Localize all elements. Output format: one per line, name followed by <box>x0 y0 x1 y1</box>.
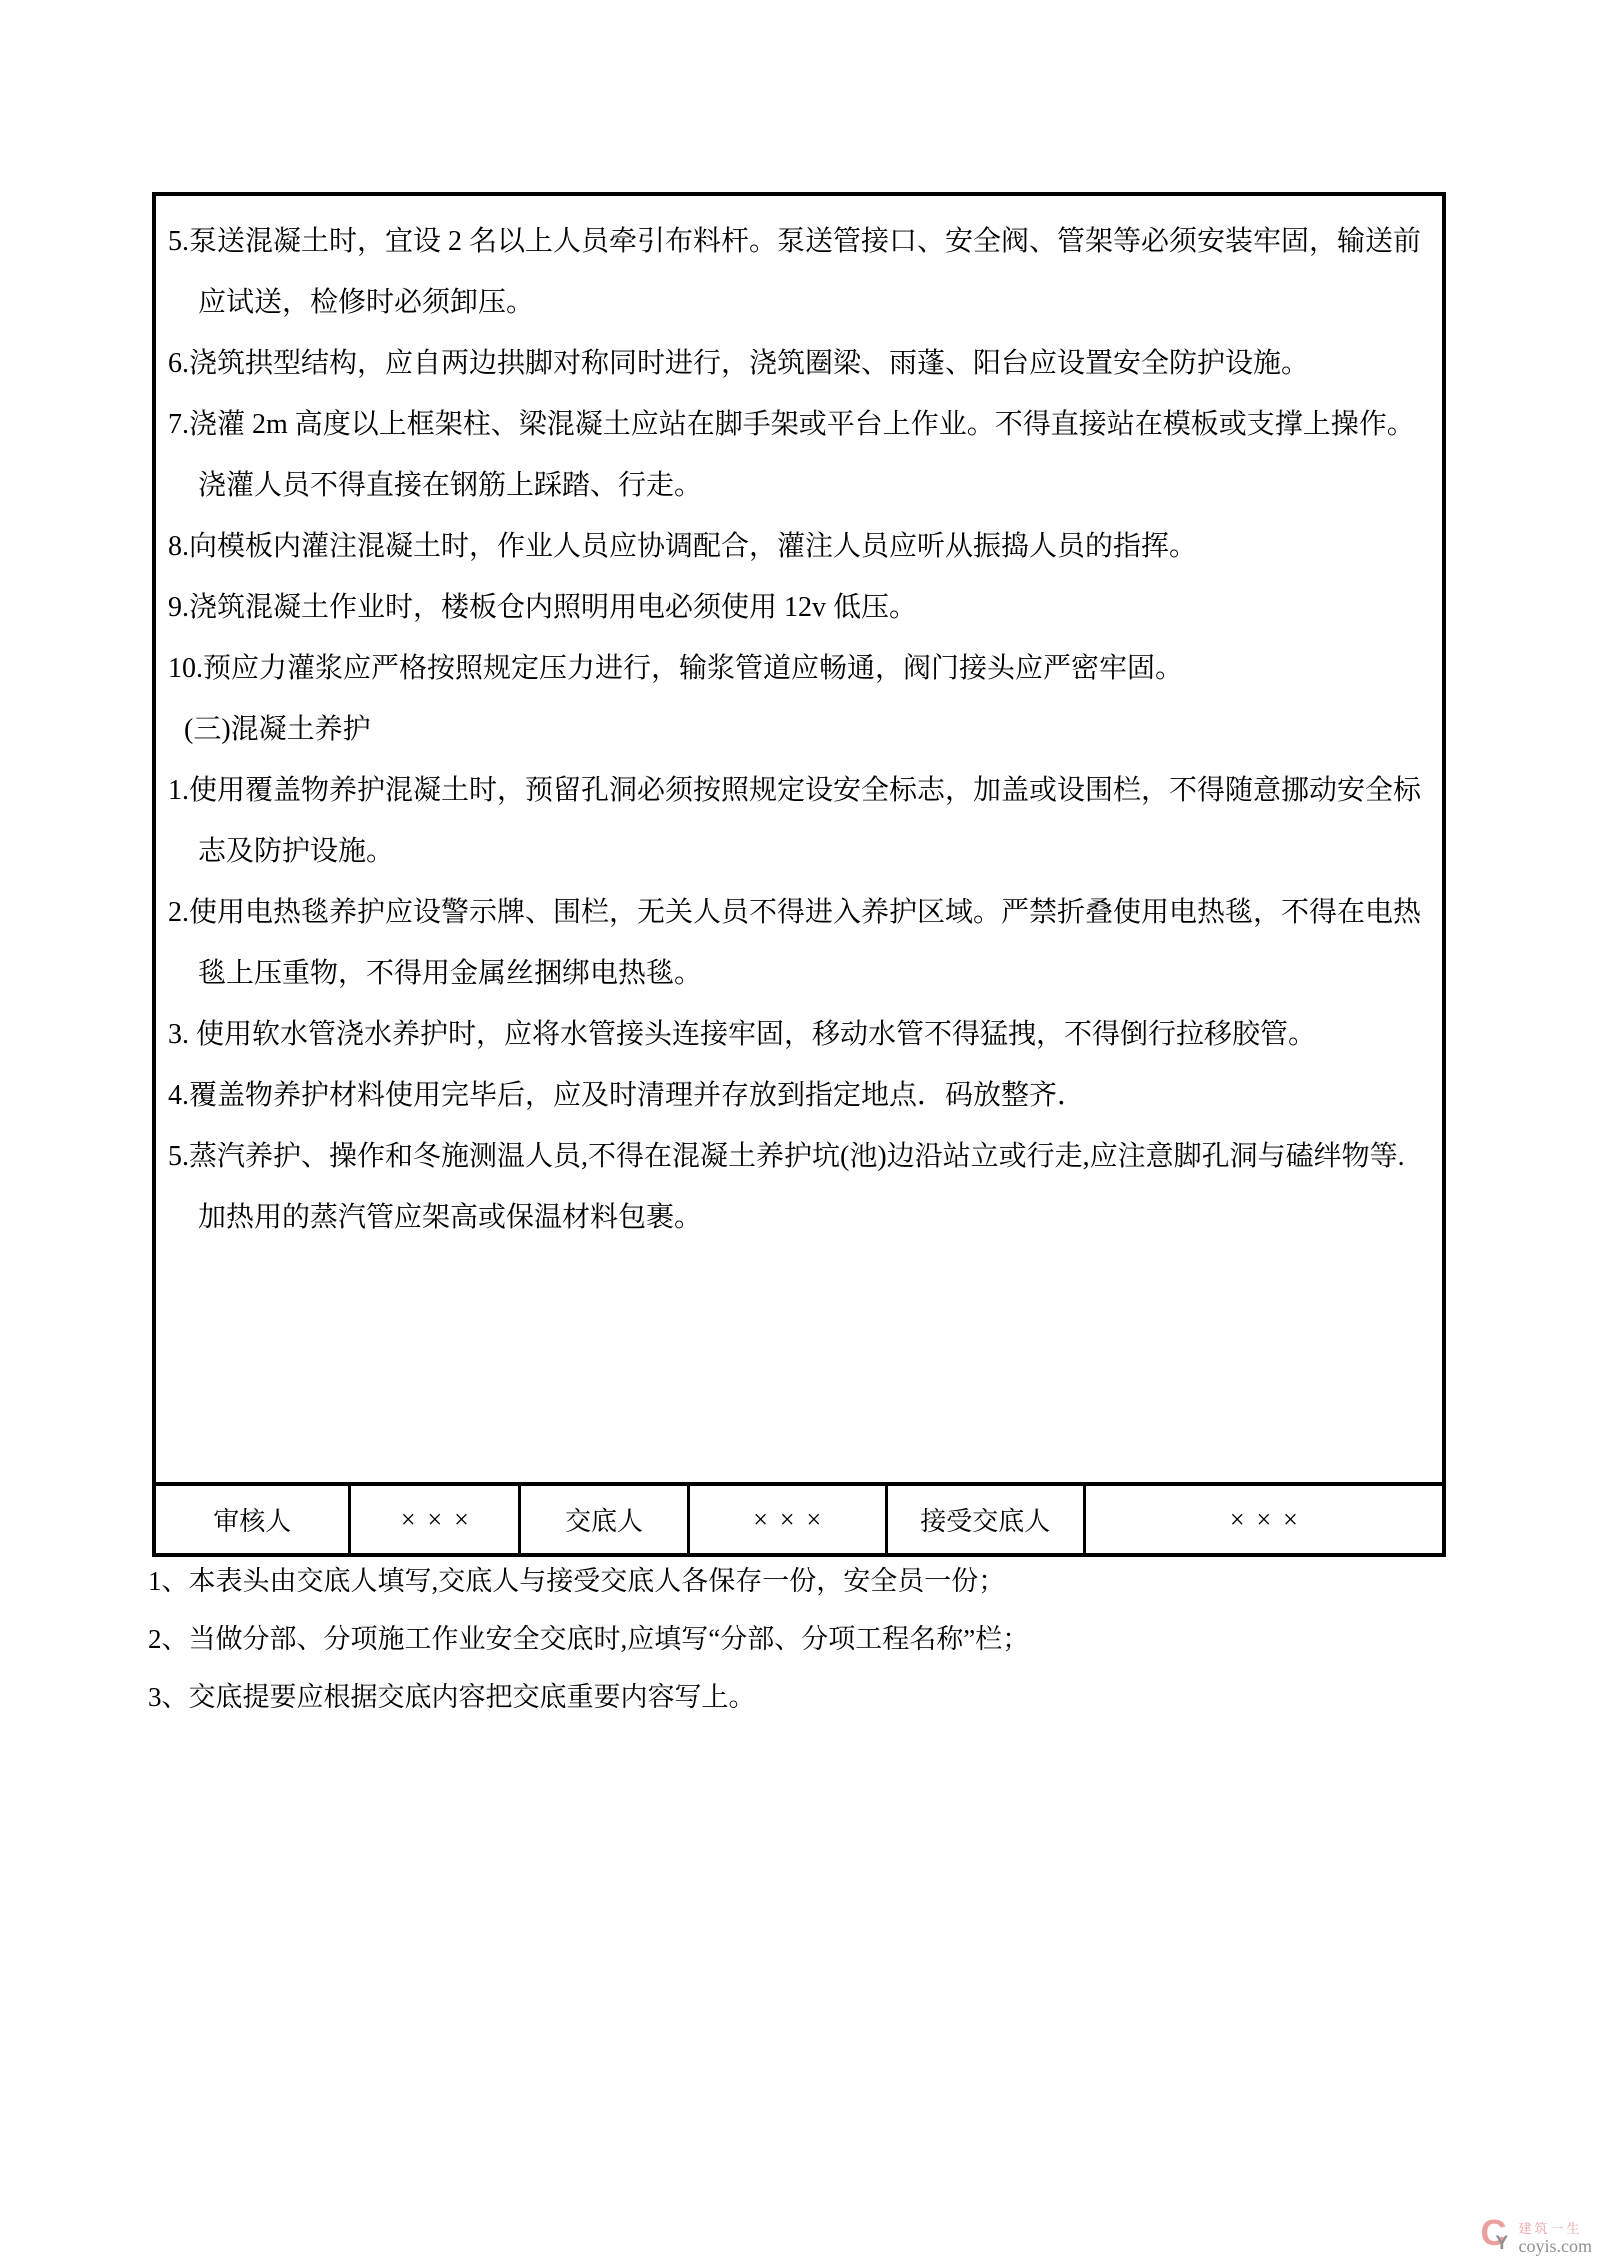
document-page: 5.泵送混凝土时，宜设 2 名以上人员牵引布料杆。泵送管接口、安全阀、管架等必须… <box>0 0 1600 2262</box>
watermark-domain: coyis.com <box>1519 2236 1593 2256</box>
list-item: 5.泵送混凝土时，宜设 2 名以上人员牵引布料杆。泵送管接口、安全阀、管架等必须… <box>168 211 1432 333</box>
content-box: 5.泵送混凝土时，宜设 2 名以上人员牵引布料杆。泵送管接口、安全阀、管架等必须… <box>156 196 1442 1482</box>
discloser-label-cell: 交底人 <box>521 1486 689 1553</box>
list-item: 6.浇筑拱型结构，应自两边拱脚对称同时进行，浇筑圈梁、雨蓬、阳台应设置安全防护设… <box>168 333 1432 394</box>
list-item: 2.使用电热毯养护应设警示牌、围栏，无关人员不得进入养护区域。严禁折叠使用电热毯… <box>168 882 1432 1004</box>
signature-table: 审核人 ××× 交底人 ××× 接受交底人 ××× <box>156 1482 1442 1553</box>
watermark-logo: C Y <box>1481 2218 1515 2258</box>
reviewer-value-cell: ××× <box>351 1486 521 1553</box>
note-line: 3、交底提要应根据交底内容把交底重要内容写上。 <box>148 1668 1458 1726</box>
watermark-brand-name: 建筑一生 <box>1519 2221 1593 2236</box>
note-line: 2、当做分部、分项施工作业安全交底时,应填写“分部、分项工程名称”栏； <box>148 1610 1458 1668</box>
discloser-value-cell: ××× <box>690 1486 888 1553</box>
list-item: 7.浇灌 2m 高度以上框架柱、梁混凝土应站在脚手架或平台上作业。不得直接站在模… <box>168 394 1432 516</box>
watermark-logo-y-letter: Y <box>1496 2234 1509 2254</box>
list-item: 1.使用覆盖物养护混凝土时，预留孔洞必须按照规定设安全标志，加盖或设围栏，不得随… <box>168 760 1432 882</box>
receiver-label-cell: 接受交底人 <box>888 1486 1086 1553</box>
footer-notes: 1、本表头由交底人填写,交底人与接受交底人各保存一份，安全员一份； 2、当做分部… <box>148 1552 1458 1726</box>
list-item: 8.向模板内灌注混凝土时，作业人员应协调配合，灌注人员应听从振捣人员的指挥。 <box>168 516 1432 577</box>
list-item: 4.覆盖物养护材料使用完毕后，应及时清理并存放到指定地点．码放整齐． <box>168 1065 1432 1126</box>
receiver-value-cell: ××× <box>1086 1486 1442 1553</box>
section-heading: (三)混凝土养护 <box>168 699 1432 760</box>
reviewer-label-cell: 审核人 <box>156 1486 351 1553</box>
list-item: 9.浇筑混凝土作业时，楼板仓内照明用电必须使用 12v 低压。 <box>168 577 1432 638</box>
watermark: C Y 建筑一生 coyis.com <box>1481 2218 1593 2258</box>
disclosure-table: 5.泵送混凝土时，宜设 2 名以上人员牵引布料杆。泵送管接口、安全阀、管架等必须… <box>152 192 1446 1557</box>
list-item: 5.蒸汽养护、操作和冬施测温人员,不得在混凝土养护坑(池)边沿站立或行走,应注意… <box>168 1126 1432 1248</box>
note-line: 1、本表头由交底人填写,交底人与接受交底人各保存一份，安全员一份； <box>148 1552 1458 1610</box>
list-item: 10.预应力灌浆应严格按照规定压力进行，输浆管道应畅通，阀门接头应严密牢固。 <box>168 638 1432 699</box>
watermark-text: 建筑一生 coyis.com <box>1519 2221 1593 2256</box>
list-item: 3. 使用软水管浇水养护时，应将水管接头连接牢固，移动水管不得猛拽，不得倒行拉移… <box>168 1004 1432 1065</box>
